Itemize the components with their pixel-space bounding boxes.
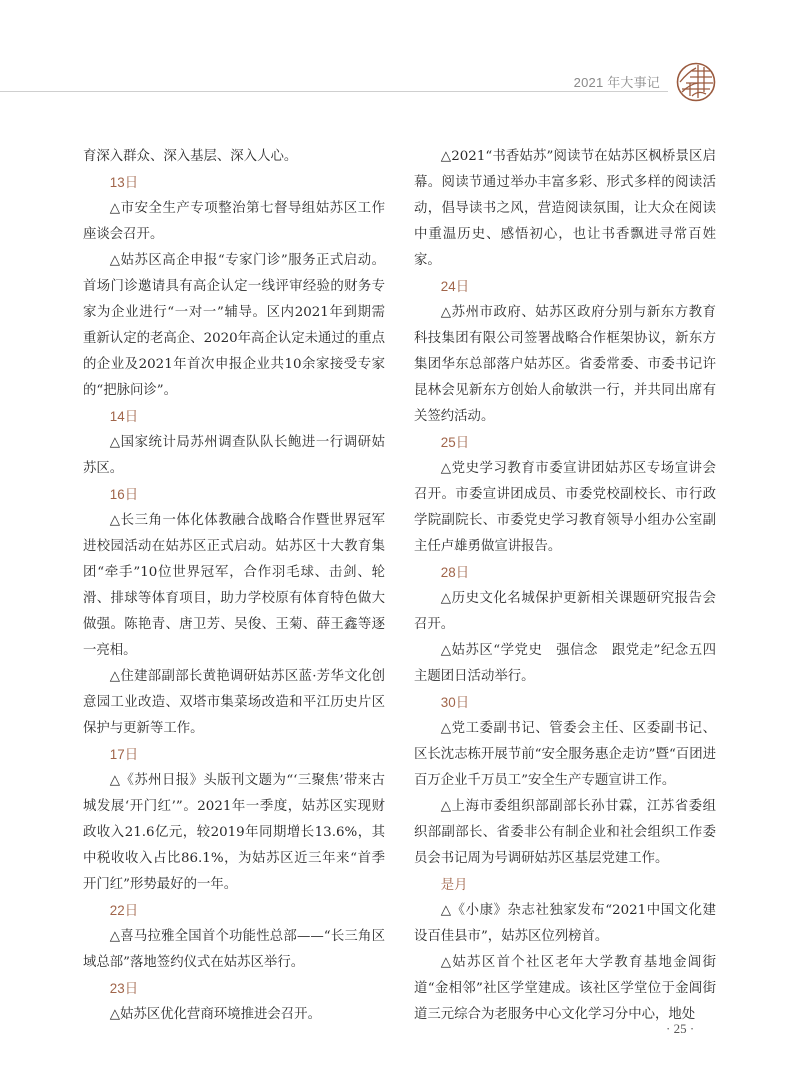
- date-heading: 13日: [83, 170, 385, 196]
- header-rule: [0, 91, 668, 92]
- running-header-title: 2021 年大事记: [574, 72, 660, 91]
- event-entry: △历史文化名城保护更新相关课题研究报告会召开。: [414, 586, 716, 638]
- date-heading: 28日: [414, 560, 716, 586]
- continuation-text: 育深入群众、深入基层、深入人心。: [83, 144, 385, 170]
- date-heading: 23日: [83, 976, 385, 1002]
- date-heading: 22日: [83, 898, 385, 924]
- event-entry: △喜马拉雅全国首个功能性总部——“长三角区域总部”落地签约仪式在姑苏区举行。: [83, 924, 385, 976]
- page-number: · 25 ·: [666, 1021, 694, 1037]
- event-entry: △《小康》杂志社独家发布“2021中国文化建设百佳县市”，姑苏区位列榜首。: [414, 898, 716, 950]
- event-entry: △姑苏区高企申报“专家门诊”服务正式启动。首场门诊邀请具有高企认定一线评审经验的…: [83, 248, 385, 404]
- left-column: 育深入群众、深入基层、深入人心。 13日 △市安全生产专项整治第七督导组姑苏区工…: [83, 144, 385, 1028]
- event-entry: △姑苏区“学党史 强信念 跟党走”纪念五四主题团日活动举行。: [414, 638, 716, 690]
- event-entry: △2021“书香姑苏”阅读节在姑苏区枫桥景区启幕。阅读节通过举办丰富多彩、形式多…: [414, 144, 716, 274]
- event-entry: △党工委副书记、管委会主任、区委副书记、区长沈志栋开展节前“安全服务惠企走访”暨…: [414, 716, 716, 794]
- event-entry: △长三角一体化体教融合战略合作暨世界冠军进校园活动在姑苏区正式启动。姑苏区十大教…: [83, 508, 385, 664]
- event-entry: △国家统计局苏州调查队队长鲍进一行调研姑苏区。: [83, 430, 385, 482]
- date-heading: 30日: [414, 690, 716, 716]
- event-entry: △姑苏区优化营商环境推进会召开。: [83, 1002, 385, 1028]
- event-entry: △上海市委组织部副部长孙甘霖，江苏省委组织部副部长、省委非公有制企业和社会组织工…: [414, 794, 716, 872]
- event-entry: △党史学习教育市委宣讲团姑苏区专场宣讲会召开。市委宣讲团成员、市委党校副校长、市…: [414, 456, 716, 560]
- date-heading: 14日: [83, 404, 385, 430]
- date-heading: 25日: [414, 430, 716, 456]
- circular-calligraphy-seal-icon: [676, 62, 716, 102]
- event-entry: △苏州市政府、姑苏区政府分别与新东方教育科技集团有限公司签署战略合作框架协议，新…: [414, 300, 716, 430]
- date-heading: 是月: [414, 872, 716, 898]
- event-entry: △住建部副部长黄艳调研姑苏区蓝·芳华文化创意园工业改造、双塔市集菜场改造和平江历…: [83, 664, 385, 742]
- date-heading: 16日: [83, 482, 385, 508]
- right-column: △2021“书香姑苏”阅读节在姑苏区枫桥景区启幕。阅读节通过举办丰富多彩、形式多…: [414, 144, 716, 1028]
- event-entry: △姑苏区首个社区老年大学教育基地金阊街道“金相邻”社区学堂建成。该社区学堂位于金…: [414, 950, 716, 1028]
- date-heading: 17日: [83, 742, 385, 768]
- event-entry: △《苏州日报》头版刊文题为“‘三聚焦’带来古城发展‘开门红’”。2021年一季度…: [83, 768, 385, 898]
- event-entry: △市安全生产专项整治第七督导组姑苏区工作座谈会召开。: [83, 196, 385, 248]
- date-heading: 24日: [414, 274, 716, 300]
